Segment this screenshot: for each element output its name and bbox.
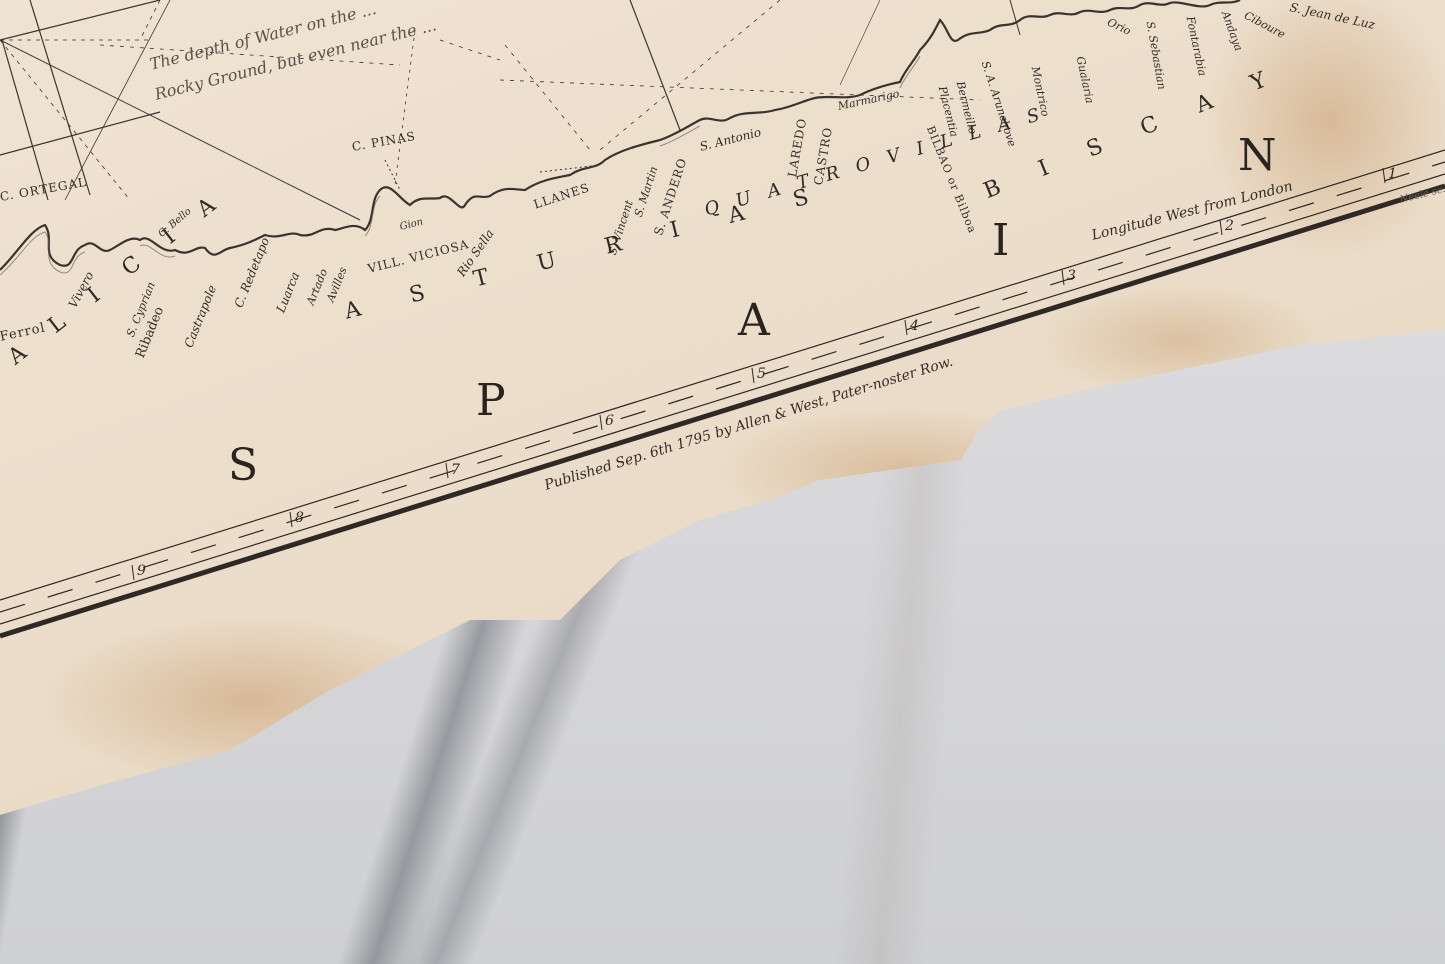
country-letter-n: N bbox=[1238, 130, 1277, 181]
scale-tick-2: 2 bbox=[1225, 218, 1234, 234]
country-letter-i: I bbox=[992, 215, 1009, 266]
country-letter-s: S bbox=[228, 440, 258, 491]
country-letter-p: P bbox=[476, 375, 506, 426]
scale-tick-1: 1 bbox=[1388, 166, 1397, 182]
scale-tick-9: 9 bbox=[137, 563, 146, 579]
country-letter-a: A bbox=[738, 295, 770, 346]
scale-tick-7: 7 bbox=[451, 462, 460, 478]
scale-tick-6: 6 bbox=[605, 413, 614, 429]
scale-tick-5: 5 bbox=[757, 366, 766, 382]
scale-tick-4: 4 bbox=[910, 318, 919, 334]
scale-tick-8: 8 bbox=[295, 510, 304, 526]
scale-tick-3: 3 bbox=[1067, 268, 1076, 284]
